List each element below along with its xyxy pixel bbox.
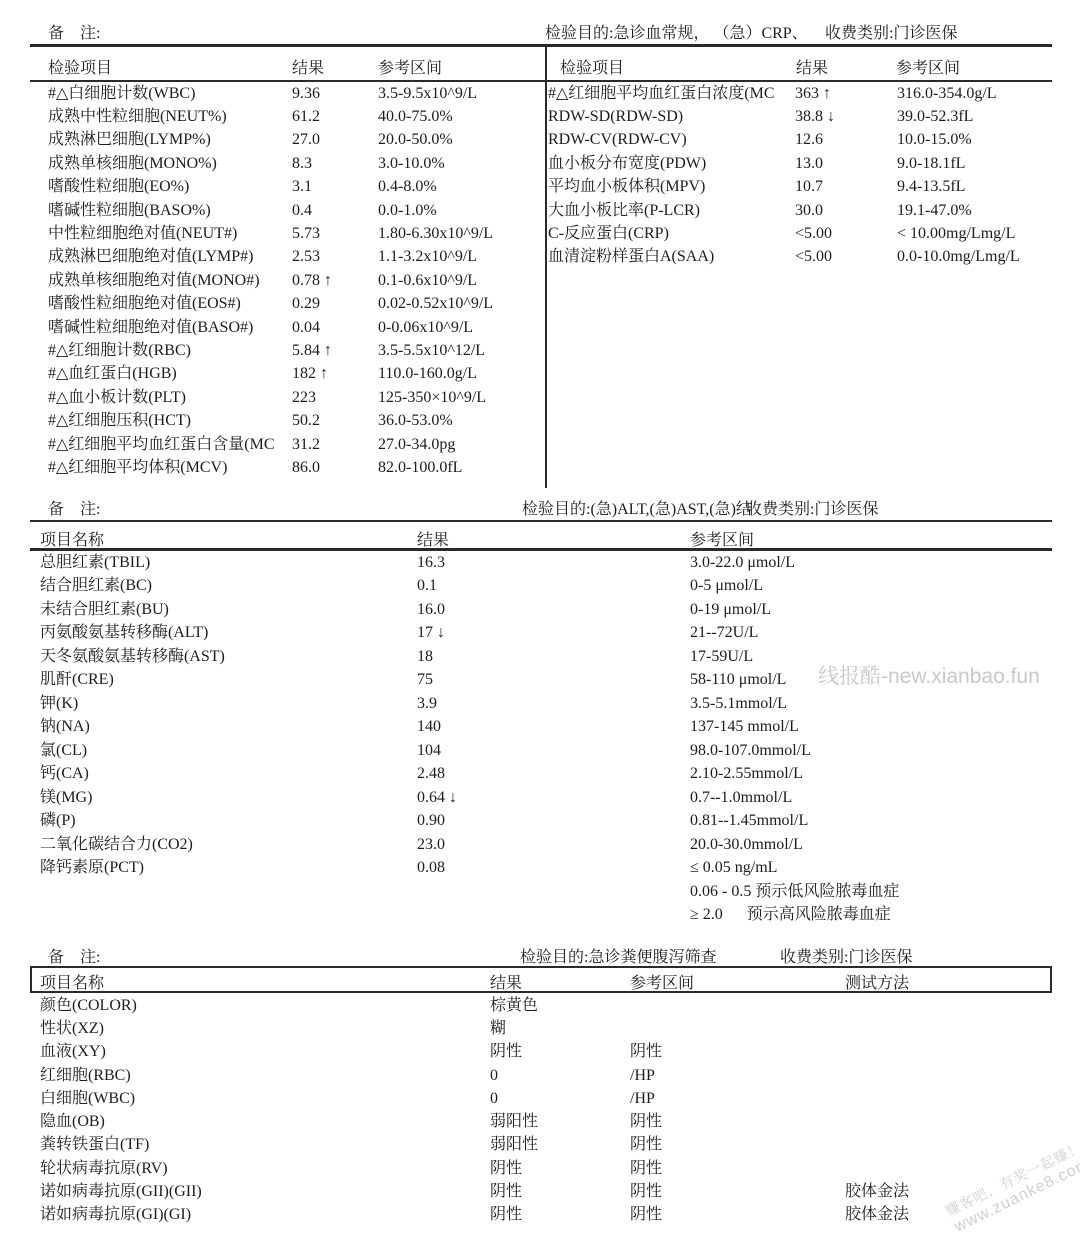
test-name: 钠(NA) [40, 719, 417, 735]
table-row: #△血小板计数(PLT) 223 125-350×10^9/L [48, 386, 545, 409]
test-result: 0 [490, 1091, 630, 1107]
table-row: #△红细胞计数(RBC) 5.84 ↑ 3.5-5.5x10^12/L [48, 339, 545, 362]
test-result: 16.0 [417, 602, 690, 618]
column-header-test: 检验项目 [560, 55, 624, 78]
test-result: 5.73 [292, 226, 378, 242]
table-row: 成熟单核细胞绝对值(MONO#) 0.78 ↑ 0.1-0.6x10^9/L [48, 269, 545, 292]
test-name: 性状(XZ) [40, 1021, 490, 1037]
fee-type: 收费类别:门诊医保 [746, 496, 878, 519]
cbc-right-table-body: #△红细胞平均血红蛋白浓度(MC 363 ↑ 316.0-354.0g/L RD… [548, 82, 1052, 269]
exam-purpose: 检验目的:(急)ALT,(急)AST,(急)结 [522, 496, 752, 519]
test-result: 27.0 [292, 132, 378, 148]
test-name: 嗜碱性粒细胞(BASO%) [48, 203, 292, 219]
test-result: 5.84 ↑ [292, 343, 378, 359]
reference-range: 0-0.06x10^9/L [378, 320, 545, 336]
column-header-name: 项目名称 [40, 970, 104, 993]
test-name: RDW-CV(RDW-CV) [548, 132, 795, 148]
test-result: 38.8 ↓ [795, 109, 897, 125]
column-header-test: 检验项目 [48, 55, 112, 78]
reference-range: /HP [630, 1091, 845, 1107]
reference-range: 0.4-8.0% [378, 179, 545, 195]
test-result: 0.4 [292, 203, 378, 219]
table-row: 二氧化碳结合力(CO2) 23.0 20.0-30.0mmol/L [40, 833, 1052, 857]
reference-range: ≥ 2.0 预示高风险脓毒血症 [690, 907, 1052, 923]
reference-range: 40.0-75.0% [378, 109, 545, 125]
reference-range: 0-19 μmol/L [690, 602, 1052, 618]
column-header-range: 参考区间 [690, 527, 754, 550]
exam-purpose: 检验目的:急诊血常规， （急）CRP、 [545, 20, 808, 43]
test-name: 颜色(COLOR) [40, 998, 490, 1014]
test-name: #△红细胞计数(RBC) [48, 343, 292, 359]
table-row: 钾(K) 3.9 3.5-5.1mmol/L [40, 692, 1052, 716]
column-header-name: 项目名称 [40, 527, 104, 550]
reference-range: /HP [630, 1068, 845, 1084]
test-name: 成熟中性粒细胞(NEUT%) [48, 109, 292, 125]
table-row: 钠(NA) 140 137-145 mmol/L [40, 716, 1052, 740]
table-row: 降钙素原(PCT) 0.08 ≤ 0.05 ng/mL [40, 857, 1052, 881]
test-result: 0.64 ↓ [417, 790, 690, 806]
reference-range: 阴性 [630, 1184, 845, 1200]
reference-range: 98.0-107.0mmol/L [690, 743, 1052, 759]
test-name: 血液(XY) [40, 1044, 490, 1060]
test-name: 血清淀粉样蛋白A(SAA) [548, 249, 795, 265]
test-result: 2.53 [292, 249, 378, 265]
column-header-result: 结果 [796, 55, 828, 78]
test-name: 血小板分布宽度(PDW) [548, 156, 795, 172]
test-result: 0.04 [292, 320, 378, 336]
test-result: 2.48 [417, 766, 690, 782]
note-label: 备 注: [48, 20, 100, 43]
divider-vertical-section1 [545, 44, 547, 488]
test-result: 糊 [490, 1021, 630, 1037]
table-row: 红细胞(RBC) 0 /HP [40, 1064, 1052, 1087]
table-row: #△红细胞平均体积(MCV) 86.0 82.0-100.0fL [48, 456, 545, 479]
reference-range: 阴性 [630, 1207, 845, 1223]
test-name: 成熟淋巴细胞(LYMP%) [48, 132, 292, 148]
test-name: #△红细胞平均体积(MCV) [48, 460, 292, 476]
test-name: 成熟单核细胞(MONO%) [48, 156, 292, 172]
test-result: 17 ↓ [417, 625, 690, 641]
test-name: 平均血小板体积(MPV) [548, 179, 795, 195]
test-result: 31.2 [292, 437, 378, 453]
reference-range: 1.1-3.2x10^9/L [378, 249, 545, 265]
test-name: #△红细胞平均血红蛋白浓度(MC [548, 86, 795, 102]
reference-range: 0-5 μmol/L [690, 578, 1052, 594]
test-name: 磷(P) [40, 813, 417, 829]
test-result: 140 [417, 719, 690, 735]
test-name: 天冬氨酸氨基转移酶(AST) [40, 649, 417, 665]
test-name: 嗜酸性粒细胞绝对值(EOS#) [48, 296, 292, 312]
column-header-result: 结果 [417, 527, 449, 550]
reference-range: 阴性 [630, 1137, 845, 1153]
rule-top-section2 [30, 520, 1052, 522]
reference-range: 21--72U/L [690, 625, 1052, 641]
table-row: 大血小板比率(P-LCR) 30.0 19.1-47.0% [548, 199, 1052, 222]
reference-range: 0.1-0.6x10^9/L [378, 273, 545, 289]
reference-range: 20.0-50.0% [378, 132, 545, 148]
table-row: 成熟淋巴细胞(LYMP%) 27.0 20.0-50.0% [48, 129, 545, 152]
reference-range: 20.0-30.0mmol/L [690, 837, 1052, 853]
reference-range: 3.5-5.5x10^12/L [378, 343, 545, 359]
test-name: 诺如病毒抗原(GI)(GI) [40, 1207, 490, 1223]
test-name: 成熟单核细胞绝对值(MONO#) [48, 273, 292, 289]
reference-range: 0.0-10.0mg/Lmg/L [897, 249, 1052, 265]
reference-range: 3.5-5.1mmol/L [690, 696, 1052, 712]
reference-range: 0.81--1.45mmol/L [690, 813, 1052, 829]
table-row: 成熟中性粒细胞(NEUT%) 61.2 40.0-75.0% [48, 105, 545, 128]
note-label: 备 注: [48, 496, 100, 519]
test-name: #△血红蛋白(HGB) [48, 366, 292, 382]
table-row: 嗜碱性粒细胞(BASO%) 0.4 0.0-1.0% [48, 199, 545, 222]
reference-range: 0.0-1.0% [378, 203, 545, 219]
test-result: 8.3 [292, 156, 378, 172]
reference-range: 27.0-34.0pg [378, 437, 545, 453]
table-row: 轮状病毒抗原(RV) 阴性 阴性 [40, 1157, 1052, 1180]
table-row: 嗜酸性粒细胞绝对值(EOS#) 0.29 0.02-0.52x10^9/L [48, 293, 545, 316]
test-name: 大血小板比率(P-LCR) [548, 203, 795, 219]
table-row: 粪转铁蛋白(TF) 弱阳性 阴性 [40, 1134, 1052, 1157]
test-result: 弱阳性 [490, 1137, 630, 1153]
exam-purpose: 检验目的:急诊粪便腹泻筛查 [520, 944, 716, 967]
table-row: #△血红蛋白(HGB) 182 ↑ 110.0-160.0g/L [48, 363, 545, 386]
column-header-result: 结果 [292, 55, 324, 78]
test-result: 50.2 [292, 413, 378, 429]
test-name: #△血小板计数(PLT) [48, 390, 292, 406]
table-row: #△红细胞平均血红蛋白浓度(MC 363 ↑ 316.0-354.0g/L [548, 82, 1052, 105]
table-row: RDW-SD(RDW-SD) 38.8 ↓ 39.0-52.3fL [548, 105, 1052, 128]
test-result: 0.1 [417, 578, 690, 594]
table-row: 镁(MG) 0.64 ↓ 0.7--1.0mmol/L [40, 786, 1052, 810]
column-header-range: 参考区间 [630, 970, 694, 993]
test-result: 阴性 [490, 1161, 630, 1177]
table-row: 嗜碱性粒细胞绝对值(BASO#) 0.04 0-0.06x10^9/L [48, 316, 545, 339]
test-name: 降钙素原(PCT) [40, 860, 417, 876]
reference-range: 1.80-6.30x10^9/L [378, 226, 545, 242]
test-result: 0.29 [292, 296, 378, 312]
table-row: 诺如病毒抗原(GI)(GI) 阴性 阴性 胶体金法 [40, 1204, 1052, 1227]
table-row: 血小板分布宽度(PDW) 13.0 9.0-18.1fL [548, 152, 1052, 175]
table-row: 平均血小板体积(MPV) 10.7 9.4-13.5fL [548, 176, 1052, 199]
cbc-left-table-body: #△白细胞计数(WBC) 9.36 3.5-9.5x10^9/L 成熟中性粒细胞… [48, 82, 545, 480]
table-row: 总胆红素(TBIL) 16.3 3.0-22.0 μmol/L [40, 551, 1052, 575]
test-result: 0.90 [417, 813, 690, 829]
test-result: 86.0 [292, 460, 378, 476]
test-result: 363 ↑ [795, 86, 897, 102]
test-result: 182 ↑ [292, 366, 378, 382]
column-header-method: 测试方法 [845, 970, 909, 993]
test-result: 3.1 [292, 179, 378, 195]
table-row: 成熟淋巴细胞绝对值(LYMP#) 2.53 1.1-3.2x10^9/L [48, 246, 545, 269]
reference-range: 82.0-100.0fL [378, 460, 545, 476]
test-result: 16.3 [417, 555, 690, 571]
table-row: RDW-CV(RDW-CV) 12.6 10.0-15.0% [548, 129, 1052, 152]
reference-range: 3.0-22.0 μmol/L [690, 555, 1052, 571]
test-name: 总胆红素(TBIL) [40, 555, 417, 571]
test-result: 棕黄色 [490, 998, 630, 1014]
reference-range: 9.0-18.1fL [897, 156, 1052, 172]
stool-table-body: 颜色(COLOR) 棕黄色 性状(XZ) 糊 血液(XY) 阴性 阴性 红细胞(… [40, 994, 1052, 1227]
reference-range: 10.0-15.0% [897, 132, 1052, 148]
reference-range: 0.06 - 0.5 预示低风险脓毒血症 [690, 884, 1052, 900]
reference-range: 36.0-53.0% [378, 413, 545, 429]
test-name: 诺如病毒抗原(GII)(GII) [40, 1184, 490, 1200]
watermark-xianbao: 线报酷-new.xianbao.fun [818, 660, 1040, 690]
table-row: 嗜酸性粒细胞(EO%) 3.1 0.4-8.0% [48, 176, 545, 199]
test-result: 223 [292, 390, 378, 406]
test-name: RDW-SD(RDW-SD) [548, 109, 795, 125]
reference-range: 0.02-0.52x10^9/L [378, 296, 545, 312]
reference-range: < 10.00mg/Lmg/L [897, 226, 1052, 242]
reference-range: 阴性 [630, 1114, 845, 1130]
reference-range: 19.1-47.0% [897, 203, 1052, 219]
test-result: 23.0 [417, 837, 690, 853]
table-row: 磷(P) 0.90 0.81--1.45mmol/L [40, 810, 1052, 834]
test-name: C-反应蛋白(CRP) [548, 226, 795, 242]
reference-range: 9.4-13.5fL [897, 179, 1052, 195]
test-name: 白细胞(WBC) [40, 1091, 490, 1107]
test-name: 钙(CA) [40, 766, 417, 782]
table-row: #△红细胞压积(HCT) 50.2 36.0-53.0% [48, 409, 545, 432]
table-row: 成熟单核细胞(MONO%) 8.3 3.0-10.0% [48, 152, 545, 175]
test-result: 阴性 [490, 1184, 630, 1200]
table-row: 钙(CA) 2.48 2.10-2.55mmol/L [40, 763, 1052, 787]
reference-range: 阴性 [630, 1044, 845, 1060]
test-result: 61.2 [292, 109, 378, 125]
column-header-range: 参考区间 [896, 55, 960, 78]
reference-range: 110.0-160.0g/L [378, 366, 545, 382]
test-result: 12.6 [795, 132, 897, 148]
test-name: 钾(K) [40, 696, 417, 712]
reference-range: 2.10-2.55mmol/L [690, 766, 1052, 782]
test-result: 弱阳性 [490, 1114, 630, 1130]
test-result: 9.36 [292, 86, 378, 102]
table-row: 0.06 - 0.5 预示低风险脓毒血症 [40, 880, 1052, 904]
table-row: 性状(XZ) 糊 [40, 1017, 1052, 1040]
test-name: 中性粒细胞绝对值(NEUT#) [48, 226, 292, 242]
test-result: 30.0 [795, 203, 897, 219]
table-row: 颜色(COLOR) 棕黄色 [40, 994, 1052, 1017]
table-row: 白细胞(WBC) 0 /HP [40, 1087, 1052, 1110]
lab-report-page: 备 注: 检验目的:急诊血常规， （急）CRP、 收费类别:门诊医保 检验项目 … [0, 0, 1080, 1244]
test-name: 肌酐(CRE) [40, 672, 417, 688]
reference-range: 137-145 mmol/L [690, 719, 1052, 735]
note-label: 备 注: [48, 944, 100, 967]
test-result: 10.7 [795, 179, 897, 195]
table-row: 氯(CL) 104 98.0-107.0mmol/L [40, 739, 1052, 763]
test-name: 粪转铁蛋白(TF) [40, 1137, 490, 1153]
column-header-result: 结果 [490, 970, 522, 993]
test-result: 3.9 [417, 696, 690, 712]
reference-range: 316.0-354.0g/L [897, 86, 1052, 102]
test-result: 13.0 [795, 156, 897, 172]
table-row: 血液(XY) 阴性 阴性 [40, 1041, 1052, 1064]
test-name: 镁(MG) [40, 790, 417, 806]
reference-range: 39.0-52.3fL [897, 109, 1052, 125]
table-row: 未结合胆红素(BU) 16.0 0-19 μmol/L [40, 598, 1052, 622]
table-row: 血清淀粉样蛋白A(SAA) <5.00 0.0-10.0mg/Lmg/L [548, 246, 1052, 269]
test-result: <5.00 [795, 226, 897, 242]
test-result: 104 [417, 743, 690, 759]
test-result: 0.08 [417, 860, 690, 876]
table-row: 隐血(OB) 弱阳性 阴性 [40, 1110, 1052, 1133]
table-row: 丙氨酸氨基转移酶(ALT) 17 ↓ 21--72U/L [40, 622, 1052, 646]
table-row: ≥ 2.0 预示高风险脓毒血症 [40, 904, 1052, 928]
test-result: 18 [417, 649, 690, 665]
reference-range: ≤ 0.05 ng/mL [690, 860, 1052, 876]
test-name: 嗜碱性粒细胞绝对值(BASO#) [48, 320, 292, 336]
test-result: 75 [417, 672, 690, 688]
reference-range: 0.7--1.0mmol/L [690, 790, 1052, 806]
reference-range: 3.5-9.5x10^9/L [378, 86, 545, 102]
fee-type: 收费类别:门诊医保 [825, 20, 957, 43]
test-name: 成熟淋巴细胞绝对值(LYMP#) [48, 249, 292, 265]
table-row: #△白细胞计数(WBC) 9.36 3.5-9.5x10^9/L [48, 82, 545, 105]
test-name: 轮状病毒抗原(RV) [40, 1161, 490, 1177]
table-row: 结合胆红素(BC) 0.1 0-5 μmol/L [40, 575, 1052, 599]
test-result: 0 [490, 1068, 630, 1084]
test-name: 结合胆红素(BC) [40, 578, 417, 594]
fee-type: 收费类别:门诊医保 [780, 944, 912, 967]
test-name: 二氧化碳结合力(CO2) [40, 837, 417, 853]
test-name: 氯(CL) [40, 743, 417, 759]
table-row: 中性粒细胞绝对值(NEUT#) 5.73 1.80-6.30x10^9/L [48, 222, 545, 245]
test-name: 隐血(OB) [40, 1114, 490, 1130]
column-header-range: 参考区间 [378, 55, 442, 78]
test-name: #△白细胞计数(WBC) [48, 86, 292, 102]
table-row: 诺如病毒抗原(GII)(GII) 阴性 阴性 胶体金法 [40, 1180, 1052, 1203]
test-result: 0.78 ↑ [292, 273, 378, 289]
reference-range: 125-350×10^9/L [378, 390, 545, 406]
test-name: #△红细胞平均血红蛋白含量(MC [48, 437, 292, 453]
table-row: C-反应蛋白(CRP) <5.00 < 10.00mg/Lmg/L [548, 222, 1052, 245]
test-name: #△红细胞压积(HCT) [48, 413, 292, 429]
chemistry-table-body: 总胆红素(TBIL) 16.3 3.0-22.0 μmol/L 结合胆红素(BC… [40, 551, 1052, 927]
test-name: 嗜酸性粒细胞(EO%) [48, 179, 292, 195]
reference-range: 3.0-10.0% [378, 156, 545, 172]
test-name: 丙氨酸氨基转移酶(ALT) [40, 625, 417, 641]
reference-range: 阴性 [630, 1161, 845, 1177]
test-result: 阴性 [490, 1207, 630, 1223]
test-name: 红细胞(RBC) [40, 1068, 490, 1084]
rule-top-section1 [30, 44, 1052, 47]
test-name: 未结合胆红素(BU) [40, 602, 417, 618]
table-row: #△红细胞平均血红蛋白含量(MC 31.2 27.0-34.0pg [48, 433, 545, 456]
test-result: <5.00 [795, 249, 897, 265]
test-result: 阴性 [490, 1044, 630, 1060]
